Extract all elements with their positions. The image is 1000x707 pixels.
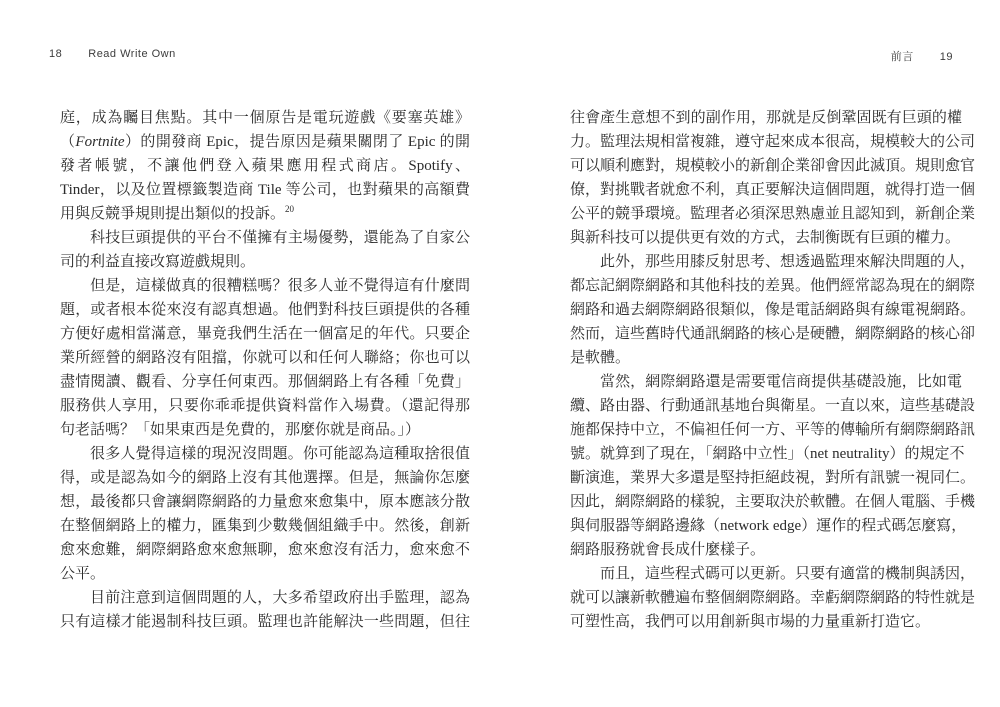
page-number-right: 19	[940, 51, 953, 63]
text-line: 題，或者根本從來沒有認真想過。他們對科技巨頭提供的各種	[60, 298, 470, 322]
text-line: 纜、路由器、行動通訊基地台與衛星。一直以來，這些基礎設	[570, 394, 962, 418]
text-line: 與新科技可以提供更有效的方式，去制衡既有巨頭的權力。	[570, 226, 962, 250]
page-number-left: 18	[49, 48, 62, 60]
text-line: 網路服務就會長成什麼樣子。	[570, 538, 962, 562]
text-line: 服務供人享用，只要你乖乖提供資料當作入場費。（還記得那	[60, 394, 470, 418]
text-line: 用與反競爭規則提出類似的投訴。20	[60, 202, 470, 226]
running-header-left: 18Read Write Own	[49, 48, 176, 60]
text-line: 與伺服器等網路邊緣（network edge）運作的程式碼怎麼寫，	[570, 514, 962, 538]
text-line: 科技巨頭提供的平台不僅擁有主場優勢，還能為了自家公	[60, 226, 470, 250]
text-line: 只有這樣才能遏制科技巨頭。監理也許能解決一些問題，但往	[60, 610, 470, 634]
running-header-right: 前言19	[891, 48, 953, 64]
text-line: 很多人覺得這樣的現況沒問題。你可能認為這種取捨很值	[60, 442, 470, 466]
text-line: Tinder，以及位置標籤製造商 Tile 等公司，也對蘋果的高額費	[60, 178, 470, 202]
footnote-reference: 20	[285, 204, 294, 214]
text-line: 因此，網際網路的樣貌，主要取決於軟體。在個人電腦、手機	[570, 490, 962, 514]
text-line: 施都保持中立，不偏袒任何一方、平等的傳輸所有網際網路訊	[570, 418, 962, 442]
text-line: 想，最後都只會讓網際網路的力量愈來愈集中，原本應該分散	[60, 490, 470, 514]
text-line: 是軟體。	[570, 346, 962, 370]
text-line: 目前注意到這個問題的人，大多希望政府出手監理，認為	[60, 586, 470, 610]
book-spread: 18Read Write Own 前言19 庭，成為矚目焦點。其中一個原告是電玩…	[0, 0, 1000, 707]
text-line: 往會產生意想不到的副作用，那就是反倒鞏固既有巨頭的權	[570, 106, 962, 130]
left-page-text-column: 庭，成為矚目焦點。其中一個原告是電玩遊戲《要塞英雄》（Fortnite）的開發商…	[60, 106, 470, 634]
text-line: 號。就算到了現在，「網路中立性」（net neutrality）的規定不	[570, 442, 962, 466]
text-line: 得，或是認為如今的網路上沒有其他選擇。但是，無論你怎麼	[60, 466, 470, 490]
text-line: 此外，那些用膝反射思考、想透過監理來解決問題的人，	[570, 250, 962, 274]
text-line: 斷演進，業界大多還是堅持拒絕歧視，對所有訊號一視同仁。	[570, 466, 962, 490]
text-line: （Fortnite）的開發商 Epic，提告原因是蘋果關閉了 Epic 的開	[60, 130, 470, 154]
text-line: 在整個網路上的權力，匯集到少數幾個組織手中。然後，創新	[60, 514, 470, 538]
text-line: 當然，網際網路還是需要電信商提供基礎設施，比如電	[570, 370, 962, 394]
text-line: 而且，這些程式碼可以更新。只要有適當的機制與誘因，	[570, 562, 962, 586]
text-line: 盡情閱讀、觀看、分享任何東西。那個網路上有各種「免費」	[60, 370, 470, 394]
text-line: 業所經營的網路沒有阻擋，你就可以和任何人聯絡；你也可以	[60, 346, 470, 370]
text-line: 司的利益直接改寫遊戲規則。	[60, 250, 470, 274]
text-line: 僚，對挑戰者就愈不利，真正要解決這個問題，就得打造一個	[570, 178, 962, 202]
text-line: 句老話嗎？「如果東西是免費的，那麼你就是商品。」）	[60, 418, 470, 442]
book-title: Read Write Own	[88, 48, 176, 60]
text-line: 方便好處相當滿意，畢竟我們生活在一個富足的年代。只要企	[60, 322, 470, 346]
text-line: 但是，這樣做真的很糟糕嗎？很多人並不覺得這有什麼問	[60, 274, 470, 298]
text-line: 都忘記網際網路和其他科技的差異。他們經常認為現在的網際	[570, 274, 962, 298]
text-line: 網路和過去網際網路很類似，像是電話網路與有線電視網路。	[570, 298, 962, 322]
text-line: 愈來愈難，網際網路愈來愈無聊，愈來愈沒有活力，愈來愈不	[60, 538, 470, 562]
chapter-title: 前言	[891, 48, 914, 64]
text-line: 發者帳號，不讓他們登入蘋果應用程式商店。Spotify、	[60, 154, 470, 178]
text-line: 力。監理法規相當複雜，遵守起來成本很高，規模較大的公司	[570, 130, 962, 154]
text-line: 可塑性高，我們可以用創新與市場的力量重新打造它。	[570, 610, 962, 634]
text-line: 然而，這些舊時代通訊網路的核心是硬體，網際網路的核心卻	[570, 322, 962, 346]
text-line: 就可以讓新軟體遍布整個網際網路。幸虧網際網路的特性就是	[570, 586, 962, 610]
text-line: 可以順利應對，規模較小的新創企業卻會因此滅頂。規則愈官	[570, 154, 962, 178]
text-line: 公平。	[60, 562, 470, 586]
right-page-text-column: 往會產生意想不到的副作用，那就是反倒鞏固既有巨頭的權力。監理法規相當複雜，遵守起…	[570, 106, 962, 634]
text-line: 公平的競爭環境。監理者必須深思熟慮並且認知到，新創企業	[570, 202, 962, 226]
text-line: 庭，成為矚目焦點。其中一個原告是電玩遊戲《要塞英雄》	[60, 106, 470, 130]
